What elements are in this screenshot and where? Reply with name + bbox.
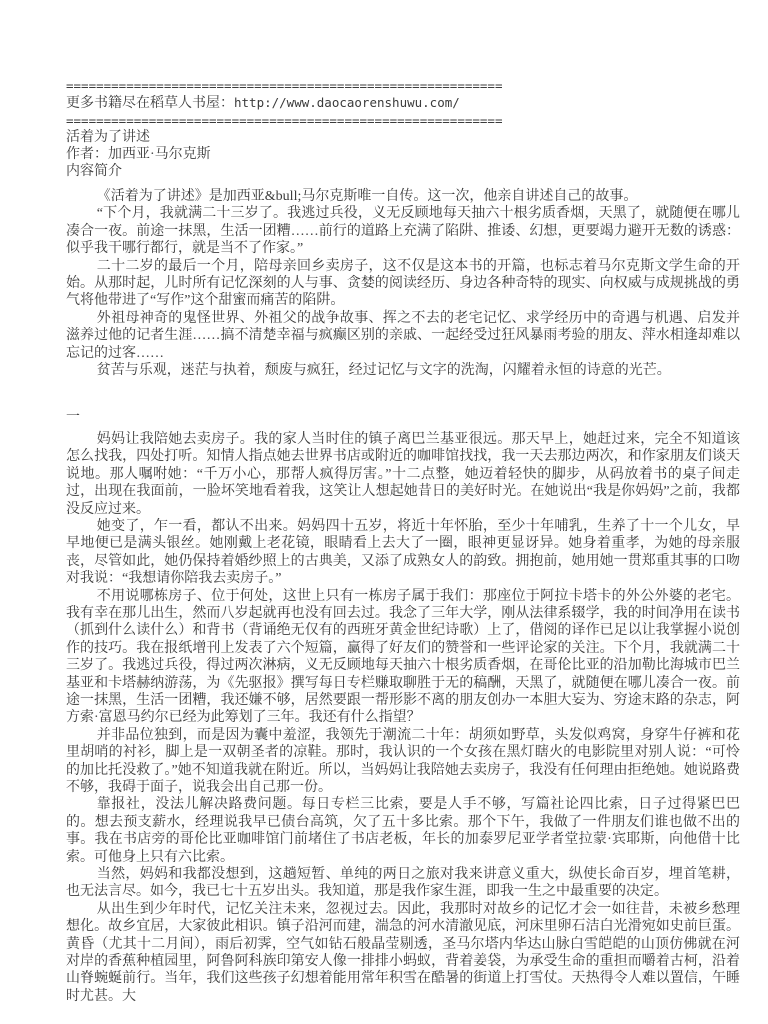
site-name-text: 更多书籍尽在稻草人书屋： bbox=[66, 96, 234, 111]
chapter-paragraph: 当然，妈妈和我都没想到，这趟短暂、单纯的两日之旅对我来讲意义重大，纵使长命百岁，… bbox=[66, 866, 740, 901]
promo-line: 更多书籍尽在稻草人书屋：http://www.daocaorenshuwu.co… bbox=[66, 94, 740, 112]
document-page: ========================================… bbox=[0, 0, 768, 1024]
chapter-paragraph: 从出生到少年时代，记忆关注未来，忽视过去。因此，我那时对故乡的记忆才会一如往昔，… bbox=[66, 901, 740, 1005]
header-divider-bottom: ========================================… bbox=[66, 112, 740, 129]
chapter-paragraph: 不用说哪栋房子、位于何处，这世上只有一栋房子属于我们：那座位于阿拉卡塔卡的外公外… bbox=[66, 588, 740, 727]
book-title: 活着为了讲述 bbox=[66, 129, 740, 146]
site-url: http://www.daocaorenshuwu.com/ bbox=[234, 95, 460, 110]
chapter-paragraph: 并非品位独到，而是因为囊中羞涩，我领先于潮流二十年：胡须如野草，头发似鸡窝，身穿… bbox=[66, 727, 740, 797]
intro-paragraph: 《活着为了讲述》是加西亚&bull;马尔克斯唯一自传。这一次，他亲自讲述自己的故… bbox=[66, 188, 740, 205]
chapter-paragraph: 靠报社，没法儿解决路费问题。每日专栏三比索，要是人手不够，写篇社论四比索，日子过… bbox=[66, 796, 740, 866]
intro-paragraph: “下个月，我就满二十三岁了。我逃过兵役，义无反顾地每天抽六十根劣质香烟，天黑了，… bbox=[66, 205, 740, 257]
section-label: 内容简介 bbox=[66, 163, 740, 180]
author-line: 作者：加西亚·马尔克斯 bbox=[66, 146, 740, 163]
intro-paragraphs: 《活着为了讲述》是加西亚&bull;马尔克斯唯一自传。这一次，他亲自讲述自己的故… bbox=[66, 188, 740, 379]
intro-paragraph: 二十二岁的最后一个月，陪母亲回乡卖房子，这不仅是这本书的开篇，也标志着马尔克斯文… bbox=[66, 258, 740, 310]
chapter-paragraph: 她变了，乍一看，都认不出来。妈妈四十五岁，将近十年怀胎，至少十年哺乳，生养了十一… bbox=[66, 518, 740, 588]
chapter-marker: 一 bbox=[66, 409, 740, 426]
chapter-paragraph: 妈妈让我陪她去卖房子。我的家人当时住的镇子离巴兰基亚很远。那天早上，她赶过来，完… bbox=[66, 431, 740, 518]
header-divider-top: ========================================… bbox=[66, 77, 740, 94]
chapter-paragraphs: 妈妈让我陪她去卖房子。我的家人当时住的镇子离巴兰基亚很远。那天早上，她赶过来，完… bbox=[66, 431, 740, 1005]
intro-paragraph: 外祖母神奇的鬼怪世界、外祖父的战争故事、挥之不去的老宅记忆、求学经历中的奇遇与机… bbox=[66, 310, 740, 362]
intro-paragraph: 贫苦与乐观，迷茫与执着，颓废与疯狂，经过记忆与文字的洗淘，闪耀着永恒的诗意的光芒… bbox=[66, 362, 740, 379]
